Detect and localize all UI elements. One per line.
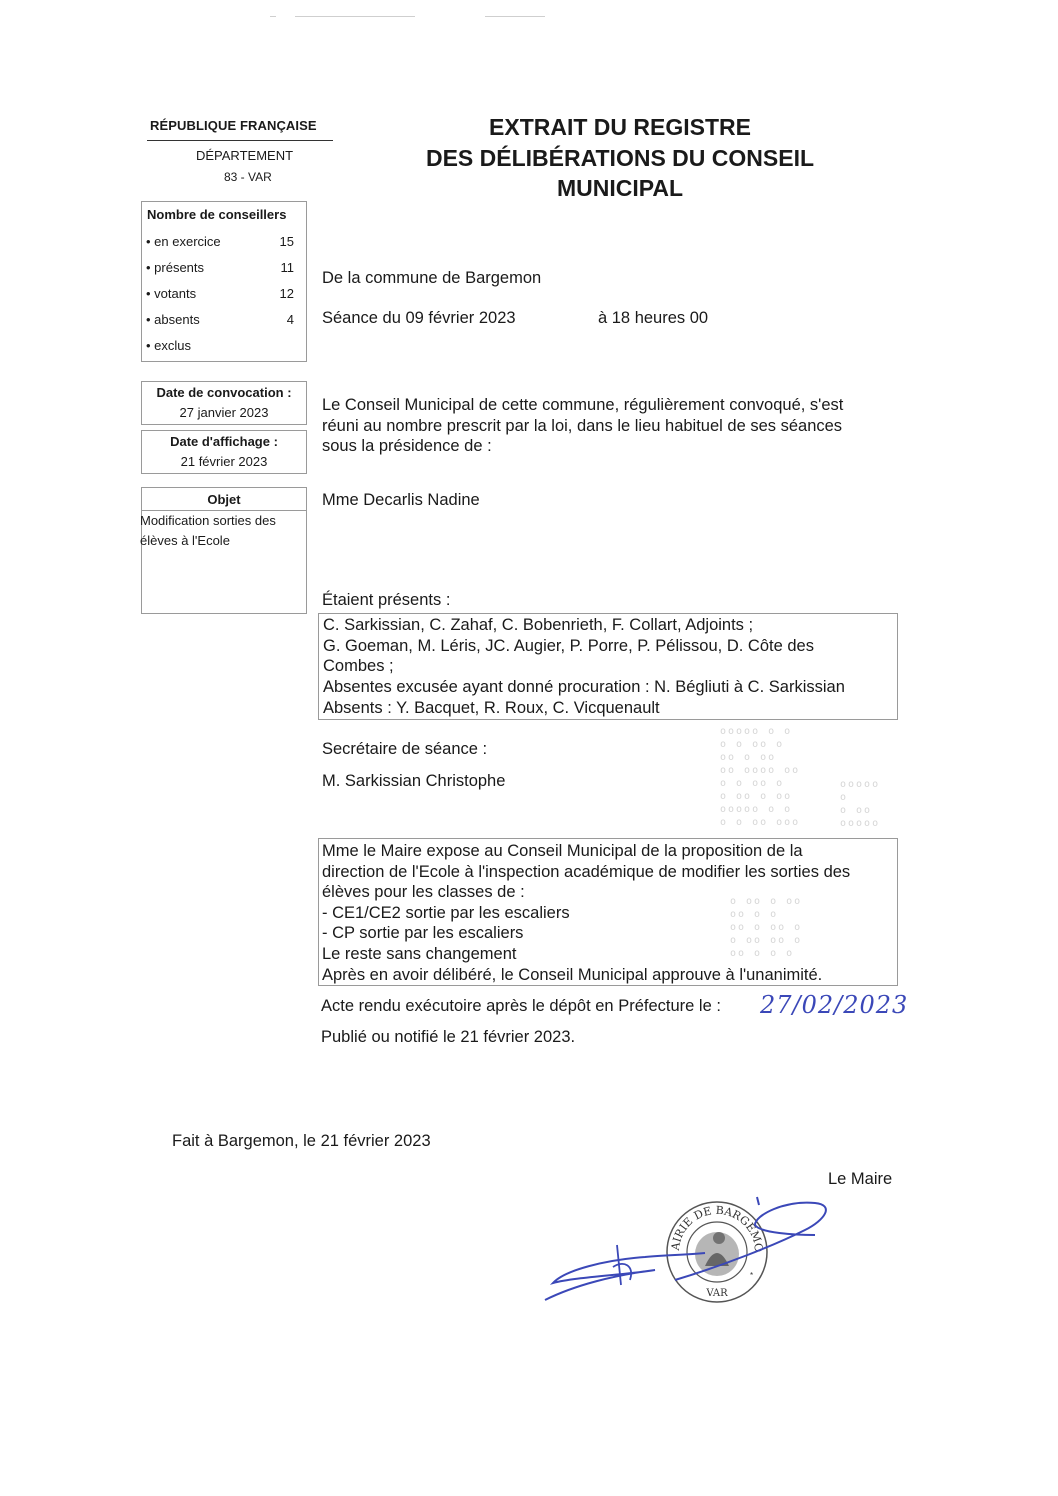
seance-heure: à 18 heures 00	[598, 309, 708, 328]
row-label: • votants	[146, 286, 196, 301]
signataire: Le Maire	[828, 1170, 892, 1189]
presents-line: G. Goeman, M. Léris, JC. Augier, P. Porr…	[323, 636, 897, 657]
intro-line: Le Conseil Municipal de cette commune, r…	[322, 395, 892, 416]
row-value: 15	[280, 234, 294, 249]
departement-label: DÉPARTEMENT	[196, 148, 293, 163]
affichage-date: 21 février 2023	[142, 454, 306, 469]
row-label: • absents	[146, 312, 200, 327]
objet-label: Objet	[142, 488, 306, 511]
conseillers-row: • présents 11	[146, 260, 294, 275]
objet-box: Objet Modification sorties des élèves à …	[141, 487, 307, 614]
presents-line: Absents : Y. Bacquet, R. Roux, C. Vicque…	[323, 698, 897, 719]
handwritten-date: 27/02/2023	[760, 991, 908, 1019]
presents-line: Absentes excusée ayant donné procuration…	[323, 677, 897, 698]
row-value: 11	[281, 260, 295, 275]
conseillers-title: Nombre de conseillers	[147, 207, 286, 222]
intro-paragraph: Le Conseil Municipal de cette commune, r…	[322, 395, 892, 457]
title-line: EXTRAIT DU REGISTRE	[390, 112, 850, 143]
president: Mme Decarlis Nadine	[322, 491, 480, 510]
objet-line: élèves à l'Ecole	[140, 531, 306, 551]
affichage-label: Date d'affichage :	[142, 434, 306, 449]
acte-executoire: Acte rendu exécutoire après le dépôt en …	[321, 997, 721, 1016]
fait-a: Fait à Bargemon, le 21 février 2023	[172, 1132, 431, 1151]
signature-icon	[535, 1185, 835, 1305]
republique-francaise: RÉPUBLIQUE FRANÇAISE	[150, 118, 317, 133]
conseillers-row: • votants 12	[146, 286, 294, 301]
deliberation-line: Mme le Maire expose au Conseil Municipal…	[322, 841, 897, 862]
conseillers-row: • en exercice 15	[146, 234, 294, 249]
scan-artifact: ooooo o o o o oo o oo o oooo oooo oo o o…	[720, 725, 800, 829]
convocation-date: 27 janvier 2023	[142, 405, 306, 420]
scan-artifact	[270, 16, 276, 17]
presents-box: C. Sarkissian, C. Zahaf, C. Bobenrieth, …	[318, 613, 898, 720]
secretaire-label: Secrétaire de séance :	[322, 740, 487, 759]
presents-label: Étaient présents :	[322, 591, 450, 610]
seance-date: Séance du 09 février 2023	[322, 309, 516, 328]
deliberation-box: Mme le Maire expose au Conseil Municipal…	[318, 838, 898, 986]
row-label: • exclus	[146, 338, 191, 353]
row-value: 4	[287, 312, 294, 327]
scan-artifact	[295, 16, 415, 17]
deliberation-line: - CP sortie par les escaliers	[322, 923, 897, 944]
deliberation-line: Après en avoir délibéré, le Conseil Muni…	[322, 965, 897, 986]
departement-value: 83 - VAR	[224, 170, 272, 184]
date-affichage-box: Date d'affichage : 21 février 2023	[141, 430, 307, 474]
row-label: • en exercice	[146, 234, 221, 249]
deliberation-line: direction de l'Ecole à l'inspection acad…	[322, 862, 897, 883]
row-value: 12	[280, 286, 294, 301]
scan-artifact: ooooo oo ooooooo	[840, 778, 880, 830]
conseillers-row: • exclus	[146, 338, 294, 353]
publie-notifie: Publié ou notifié le 21 février 2023.	[321, 1028, 575, 1047]
commune: De la commune de Bargemon	[322, 269, 541, 288]
intro-line: réuni au nombre prescrit par la loi, dan…	[322, 416, 892, 437]
deliberation-line: élèves pour les classes de :	[322, 882, 897, 903]
document-title: EXTRAIT DU REGISTRE DES DÉLIBÉRATIONS DU…	[390, 112, 850, 204]
title-line: DES DÉLIBÉRATIONS DU CONSEIL	[390, 143, 850, 174]
title-line: MUNICIPAL	[390, 173, 850, 204]
conseillers-box: Nombre de conseillers • en exercice 15 •…	[141, 201, 307, 362]
conseillers-row: • absents 4	[146, 312, 294, 327]
secretaire-name: M. Sarkissian Christophe	[322, 772, 505, 791]
objet-text: Modification sorties des élèves à l'Ecol…	[140, 511, 306, 551]
date-convocation-box: Date de convocation : 27 janvier 2023	[141, 381, 307, 425]
presents-line: Combes ;	[323, 656, 897, 677]
scan-artifact	[485, 16, 545, 17]
row-label: • présents	[146, 260, 204, 275]
deliberation-line: Le reste sans changement	[322, 944, 897, 965]
objet-line: Modification sorties des	[140, 511, 306, 531]
divider	[147, 140, 333, 141]
deliberation-line: - CE1/CE2 sortie par les escaliers	[322, 903, 897, 924]
presents-line: C. Sarkissian, C. Zahaf, C. Bobenrieth, …	[323, 615, 897, 636]
convocation-label: Date de convocation :	[142, 385, 306, 400]
intro-line: sous la présidence de :	[322, 436, 892, 457]
